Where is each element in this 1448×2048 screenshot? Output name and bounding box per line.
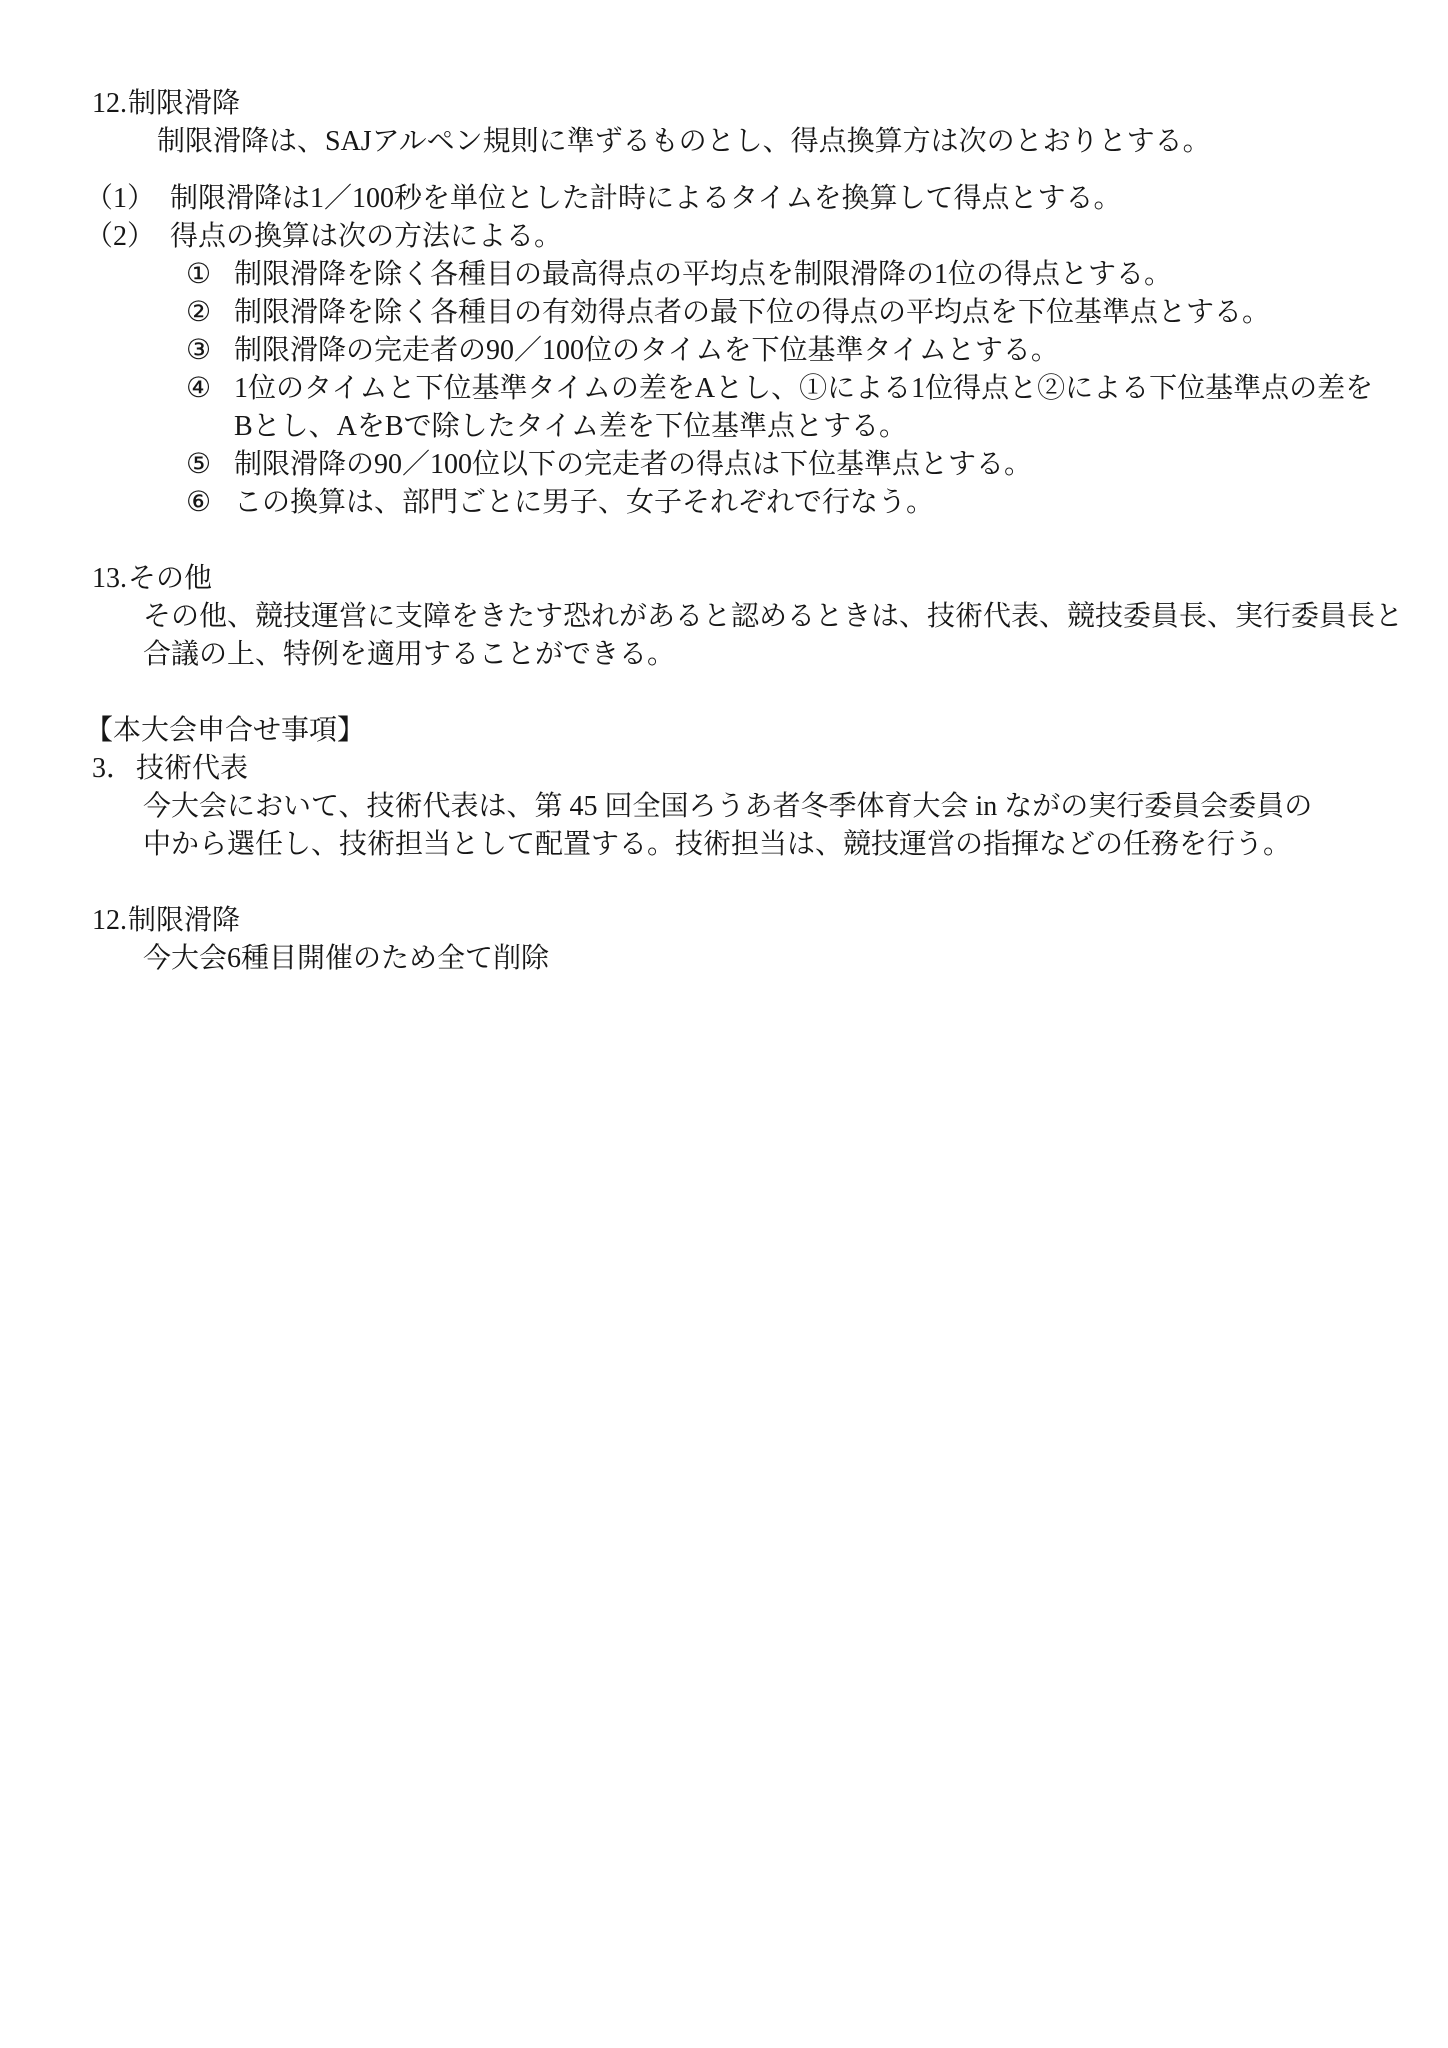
section-title: 制限滑降 xyxy=(128,85,240,123)
section-body: 今大会6種目開催のため全て削除 xyxy=(143,940,1448,978)
item-text: 制限滑降の完走者の90／100位のタイムを下位基準タイムとする。 xyxy=(234,332,1059,370)
numbered-item-1: （1） 制限滑降は1／100秒を単位とした計時によるタイムを換算して得点とする。 xyxy=(85,180,1448,218)
section-gijutsu-daihyo: 3． 技術代表 今大会において、技術代表は、第 45 回全国ろうあ者冬季体育大会… xyxy=(0,750,1448,864)
section-title: その他 xyxy=(128,560,212,598)
item-marker: ⑥ xyxy=(186,484,214,522)
section-intro: 制限滑降は、SAJアルペン規則に準ずるものとし、得点換算方は次のとおりとする。 xyxy=(157,123,1448,161)
item-text: 得点の換算は次の方法による。 xyxy=(170,218,562,256)
item-marker: ③ xyxy=(186,332,214,370)
circled-item-6: ⑥ この換算は、部門ごとに男子、女子それぞれで行なう。 xyxy=(186,484,1448,522)
section-body: 今大会において、技術代表は、第 45 回全国ろうあ者冬季体育大会 in ながの実… xyxy=(143,788,1448,864)
section-seigen-kakko: 12. 制限滑降 制限滑降は、SAJアルペン規則に準ずるものとし、得点換算方は次… xyxy=(0,85,1448,522)
item-marker: （1） xyxy=(85,180,155,218)
section-body: その他、競技運営に支障をきたす恐れがあると認めるときは、技術代表、競技委員長、実… xyxy=(143,598,1448,674)
section-number: 13. xyxy=(92,560,128,598)
item-marker: （2） xyxy=(85,218,155,256)
section-heading: 12. 制限滑降 xyxy=(92,85,1448,123)
section-sonota: 13. その他 その他、競技運営に支障をきたす恐れがあると認めるときは、技術代表… xyxy=(0,560,1448,674)
section-number: 12. xyxy=(92,85,128,123)
section-number: 12. xyxy=(92,902,128,940)
section-title: 制限滑降 xyxy=(128,902,240,940)
document-page: 12. 制限滑降 制限滑降は、SAJアルペン規則に準ずるものとし、得点換算方は次… xyxy=(0,85,1448,978)
circled-item-3: ③ 制限滑降の完走者の90／100位のタイムを下位基準タイムとする。 xyxy=(186,332,1448,370)
section-heading: 3． 技術代表 xyxy=(92,750,1448,788)
section-heading: 13. その他 xyxy=(92,560,1448,598)
numbered-item-2: （2） 得点の換算は次の方法による。 xyxy=(85,218,1448,256)
circled-item-1: ① 制限滑降を除く各種目の最高得点の平均点を制限滑降の1位の得点とする。 xyxy=(186,256,1448,294)
item-text: この換算は、部門ごとに男子、女子それぞれで行なう。 xyxy=(234,484,934,522)
section-heading: 12. 制限滑降 xyxy=(92,902,1448,940)
item-marker: ① xyxy=(186,256,214,294)
item-text: 制限滑降を除く各種目の最高得点の平均点を制限滑降の1位の得点とする。 xyxy=(234,256,1172,294)
section-title: 技術代表 xyxy=(136,750,248,788)
item-text: 制限滑降は1／100秒を単位とした計時によるタイムを換算して得点とする。 xyxy=(170,180,1121,218)
section-seigen-kakko-moushiawase: 12. 制限滑降 今大会6種目開催のため全て削除 xyxy=(0,902,1448,978)
circled-item-2: ② 制限滑降を除く各種目の有効得点者の最下位の得点の平均点を下位基準点とする。 xyxy=(186,294,1448,332)
item-text: 制限滑降の90／100位以下の完走者の得点は下位基準点とする。 xyxy=(234,446,1032,484)
item-marker: ⑤ xyxy=(186,446,214,484)
bracket-heading: 【本大会申合せ事項】 xyxy=(85,712,1448,750)
item-marker: ② xyxy=(186,294,214,332)
circled-item-5: ⑤ 制限滑降の90／100位以下の完走者の得点は下位基準点とする。 xyxy=(186,446,1448,484)
item-marker: ④ xyxy=(186,370,214,408)
item-text: 1位のタイムと下位基準タイムの差をAとし、①による1位得点と②による下位基準点の… xyxy=(234,370,1373,446)
item-text: 制限滑降を除く各種目の有効得点者の最下位の得点の平均点を下位基準点とする。 xyxy=(234,294,1270,332)
circled-item-4: ④ 1位のタイムと下位基準タイムの差をAとし、①による1位得点と②による下位基準… xyxy=(186,370,1448,446)
section-number: 3． xyxy=(92,750,136,788)
